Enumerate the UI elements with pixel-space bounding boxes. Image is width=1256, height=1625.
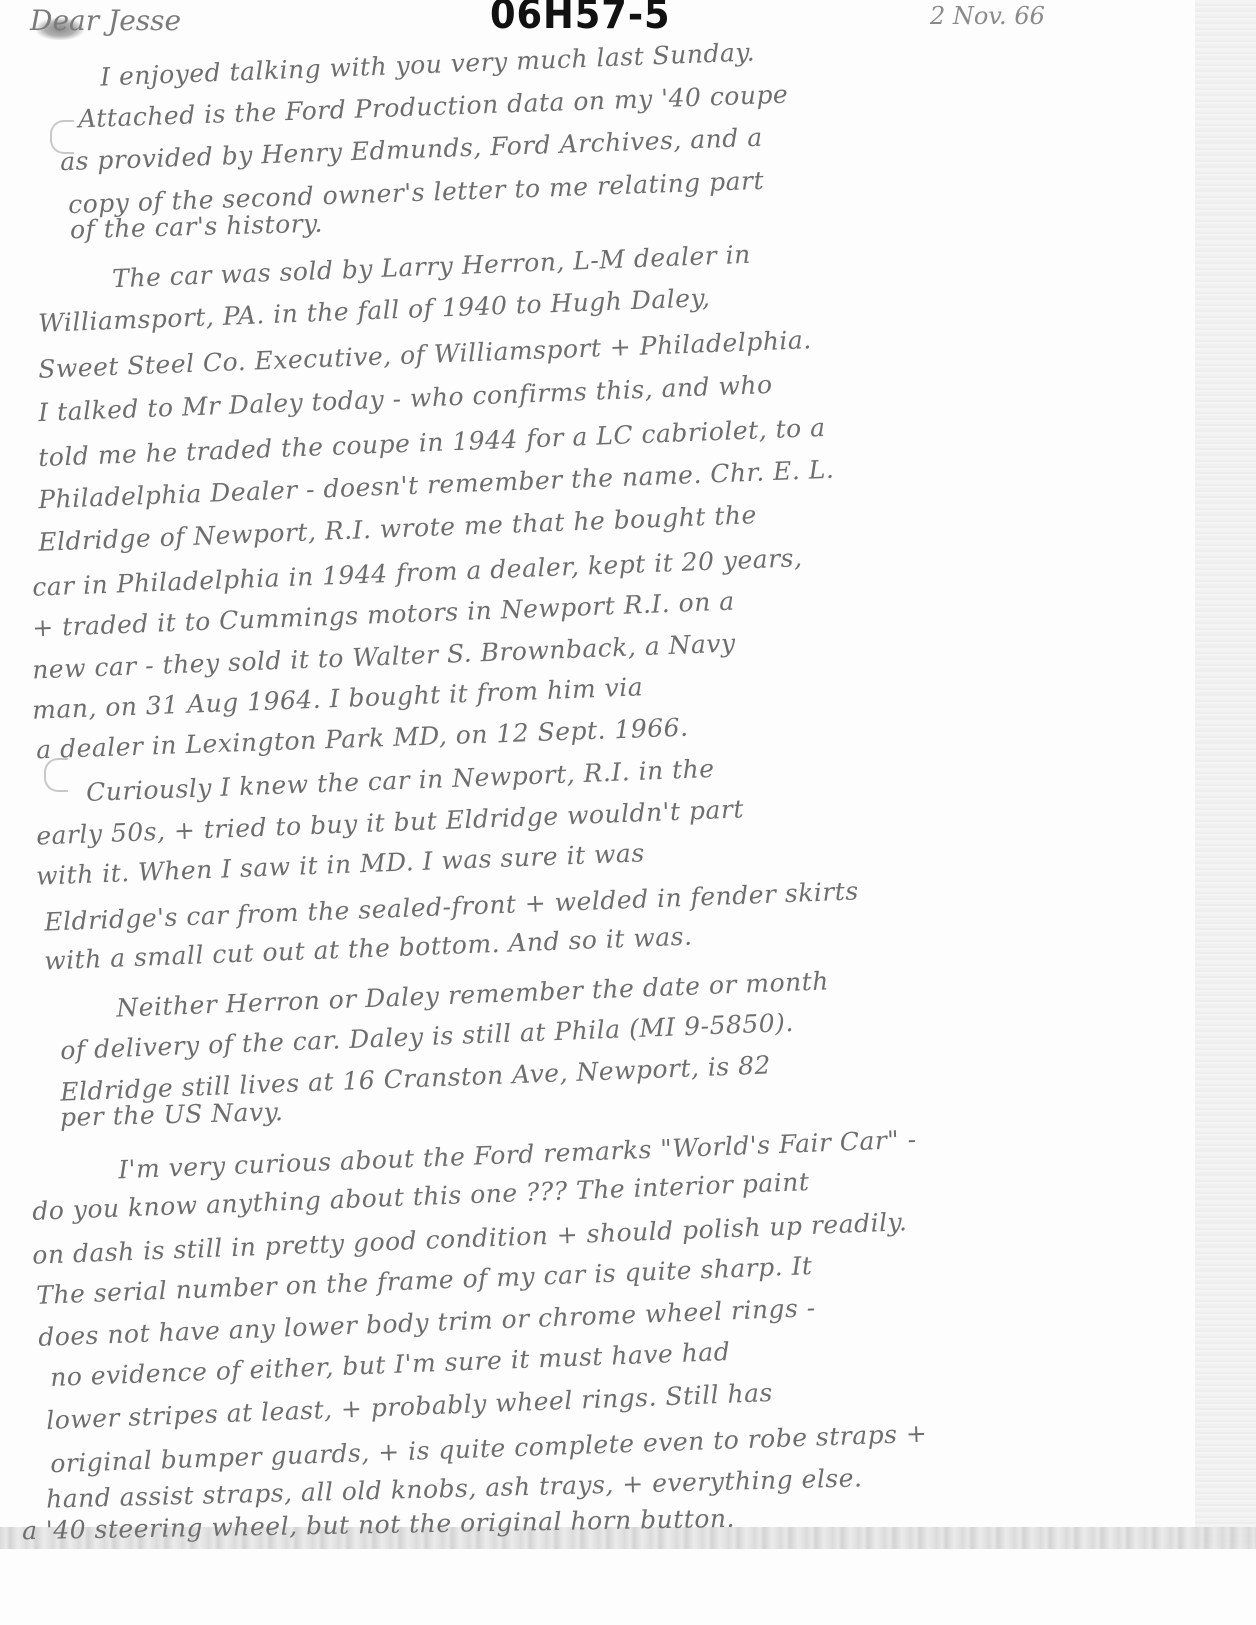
letter-page: 06H57-5 2 Nov. 66 Dear Jesse I enjoyed t… xyxy=(0,0,1256,1625)
letter-line: as provided by Henry Edmunds, Ford Archi… xyxy=(60,123,763,177)
letter-line: per the US Navy. xyxy=(60,1097,284,1132)
letter-date: 2 Nov. 66 xyxy=(930,2,1045,30)
letter-line: copy of the second owner's letter to me … xyxy=(68,166,765,219)
salutation: Dear Jesse xyxy=(30,4,181,37)
scan-edge-strip xyxy=(1195,0,1256,1545)
letter-line: of the car's history. xyxy=(70,209,324,245)
document-code: 06H57-5 xyxy=(490,0,671,38)
